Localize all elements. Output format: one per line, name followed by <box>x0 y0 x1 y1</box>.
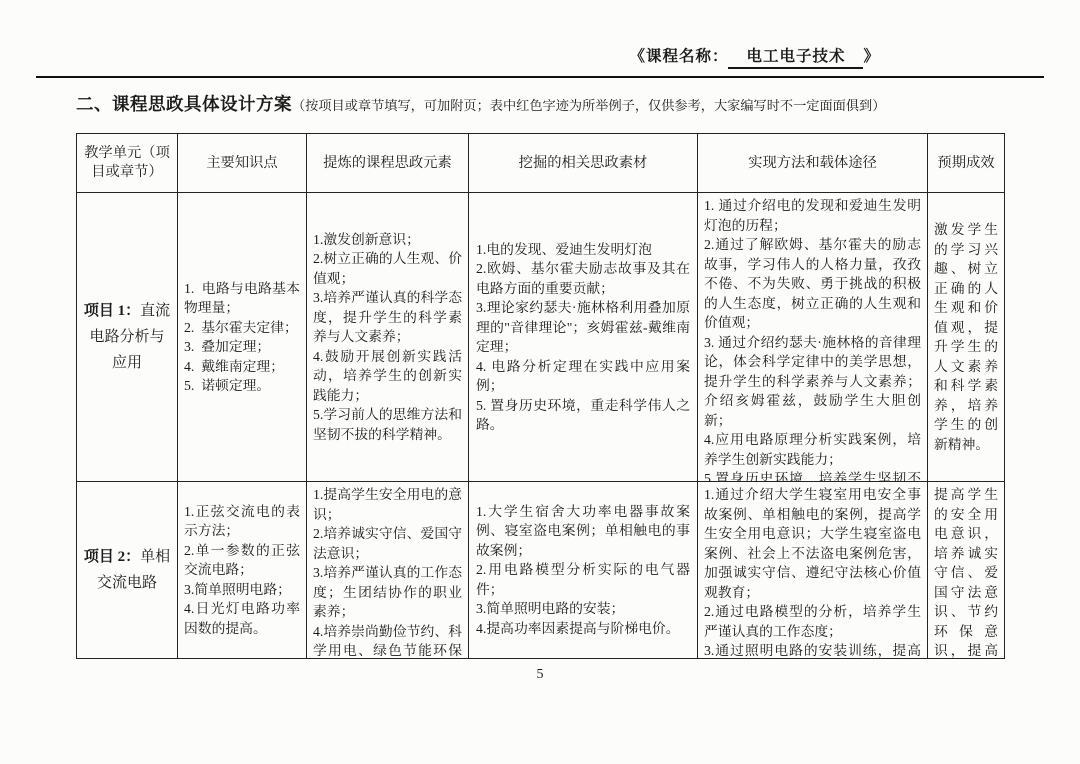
page-number: 5 <box>76 667 1004 683</box>
knowledge-text-project2: 1.正弦交流电的表示方法； 2.单一参数的正弦交流电路； 3.简单照明电路； 4… <box>184 502 300 639</box>
header-divider <box>36 76 1044 78</box>
course-name-prefix: 《课程名称： <box>629 48 728 65</box>
cell-unit-project1: 项目 1：直流电路分析与应用 <box>77 193 177 481</box>
elements-text-project2: 1.提高学生安全用电的意识； 2.培养诚实守信、爱国守法意识； 3.培养严谨认真… <box>313 485 462 658</box>
cell-unit-project2: 项目 2：单相交流电路 <box>77 482 177 658</box>
header-knowledge-points: 主要知识点 <box>178 134 306 192</box>
cell-materials-project1: 1.电的发现、爱迪生发明灯泡 2.欧姆、基尔霍夫励志故事及其在电路方面的重要贡献… <box>469 193 697 481</box>
header-expected-outcomes: 预期成效 <box>928 134 1004 192</box>
table-header-row: 教学单元（项目或章节） 主要知识点 提炼的课程思政元素 挖掘的相关思政素材 实现… <box>77 134 1005 193</box>
project2-label: 项目 2： <box>84 549 140 565</box>
methods-text-project2: 1.通过介绍大学生寝室用电安全事故案例、单相触电的案例，提高学生安全用电意识；大… <box>704 485 921 658</box>
course-name-suffix: 》 <box>863 48 880 65</box>
header-teaching-unit: 教学单元（项目或章节） <box>77 134 177 192</box>
cell-outcomes-project2: 提高学生的安全用电意识，培养诚实守信、爱国守法意识、节约环保意识，提高学生一丝不… <box>928 482 1004 658</box>
materials-text-project1: 1.电的发现、爱迪生发明灯泡 2.欧姆、基尔霍夫励志故事及其在电路方面的重要贡献… <box>476 240 690 435</box>
cell-elements-project1: 1.激发创新意识； 2.树立正确的人生观、价值观； 3.培养严谨认真的科学态度，… <box>307 193 468 481</box>
course-name-line: 《课程名称：电工电子技术》 <box>0 0 1080 69</box>
outcomes-text-project2: 提高学生的安全用电意识，培养诚实守信、爱国守法意识、节约环保意识，提高学生一丝不… <box>934 485 998 658</box>
section-title: 二、课程思政具体设计方案 <box>76 94 292 114</box>
course-design-table: 教学单元（项目或章节） 主要知识点 提炼的课程思政元素 挖掘的相关思政素材 实现… <box>76 133 1005 659</box>
materials-text-project2: 1.大学生宿舍大功率电器事故案例、寝室盗电案例；单相触电的事故案例； 2.用电路… <box>476 502 690 639</box>
cell-knowledge-project1: 1. 电路与电路基本物理量； 2. 基尔霍夫定律； 3. 叠加定理； 4. 戴维… <box>178 193 306 481</box>
header-related-materials: 挖掘的相关思政素材 <box>469 134 697 192</box>
table-row-project-1: 项目 1：直流电路分析与应用 1. 电路与电路基本物理量； 2. 基尔霍夫定律；… <box>77 193 1005 482</box>
cell-methods-project1: 1. 通过介绍电的发现和爱迪生发明灯泡的历程； 2.通过了解欧姆、基尔霍夫的励志… <box>698 193 927 481</box>
section-title-note: （按项目或章节填写，可加附页；表中红色字迹为所举例子，仅供参考，大家编写时不一定… <box>292 98 885 113</box>
cell-elements-project2: 1.提高学生安全用电的意识； 2.培养诚实守信、爱国守法意识； 3.培养严谨认真… <box>307 482 468 658</box>
header-methods-carriers: 实现方法和载体途径 <box>698 134 927 192</box>
knowledge-text-project1: 1. 电路与电路基本物理量； 2. 基尔霍夫定律； 3. 叠加定理； 4. 戴维… <box>184 279 300 396</box>
cell-knowledge-project2: 1.正弦交流电的表示方法； 2.单一参数的正弦交流电路； 3.简单照明电路； 4… <box>178 482 306 658</box>
project1-label: 项目 1： <box>84 303 140 319</box>
cell-materials-project2: 1.大学生宿舍大功率电器事故案例、寝室盗电案例；单相触电的事故案例； 2.用电路… <box>469 482 697 658</box>
course-name-value: 电工电子技术 <box>728 44 863 69</box>
elements-text-project1: 1.激发创新意识； 2.树立正确的人生观、价值观； 3.培养严谨认真的科学态度，… <box>313 230 462 445</box>
cell-outcomes-project1: 激发学生的学习兴趣、树立正确的人生观和价值观，提升学生的人文素养和科学素养，培养… <box>928 193 1004 481</box>
outcomes-text-project1: 激发学生的学习兴趣、树立正确的人生观和价值观，提升学生的人文素养和科学素养，培养… <box>934 220 998 454</box>
cell-methods-project2: 1.通过介绍大学生寝室用电安全事故案例、单相触电的案例，提高学生安全用电意识；大… <box>698 482 927 658</box>
table-row-project-2: 项目 2：单相交流电路 1.正弦交流电的表示方法； 2.单一参数的正弦交流电路；… <box>77 482 1005 659</box>
methods-text-project1: 1. 通过介绍电的发现和爱迪生发明灯泡的历程； 2.通过了解欧姆、基尔霍夫的励志… <box>704 196 921 481</box>
header-ideological-elements: 提炼的课程思政元素 <box>307 134 468 192</box>
section-title-line: 二、课程思政具体设计方案（按项目或章节填写，可加附页；表中红色字迹为所举例子，仅… <box>76 91 1040 116</box>
